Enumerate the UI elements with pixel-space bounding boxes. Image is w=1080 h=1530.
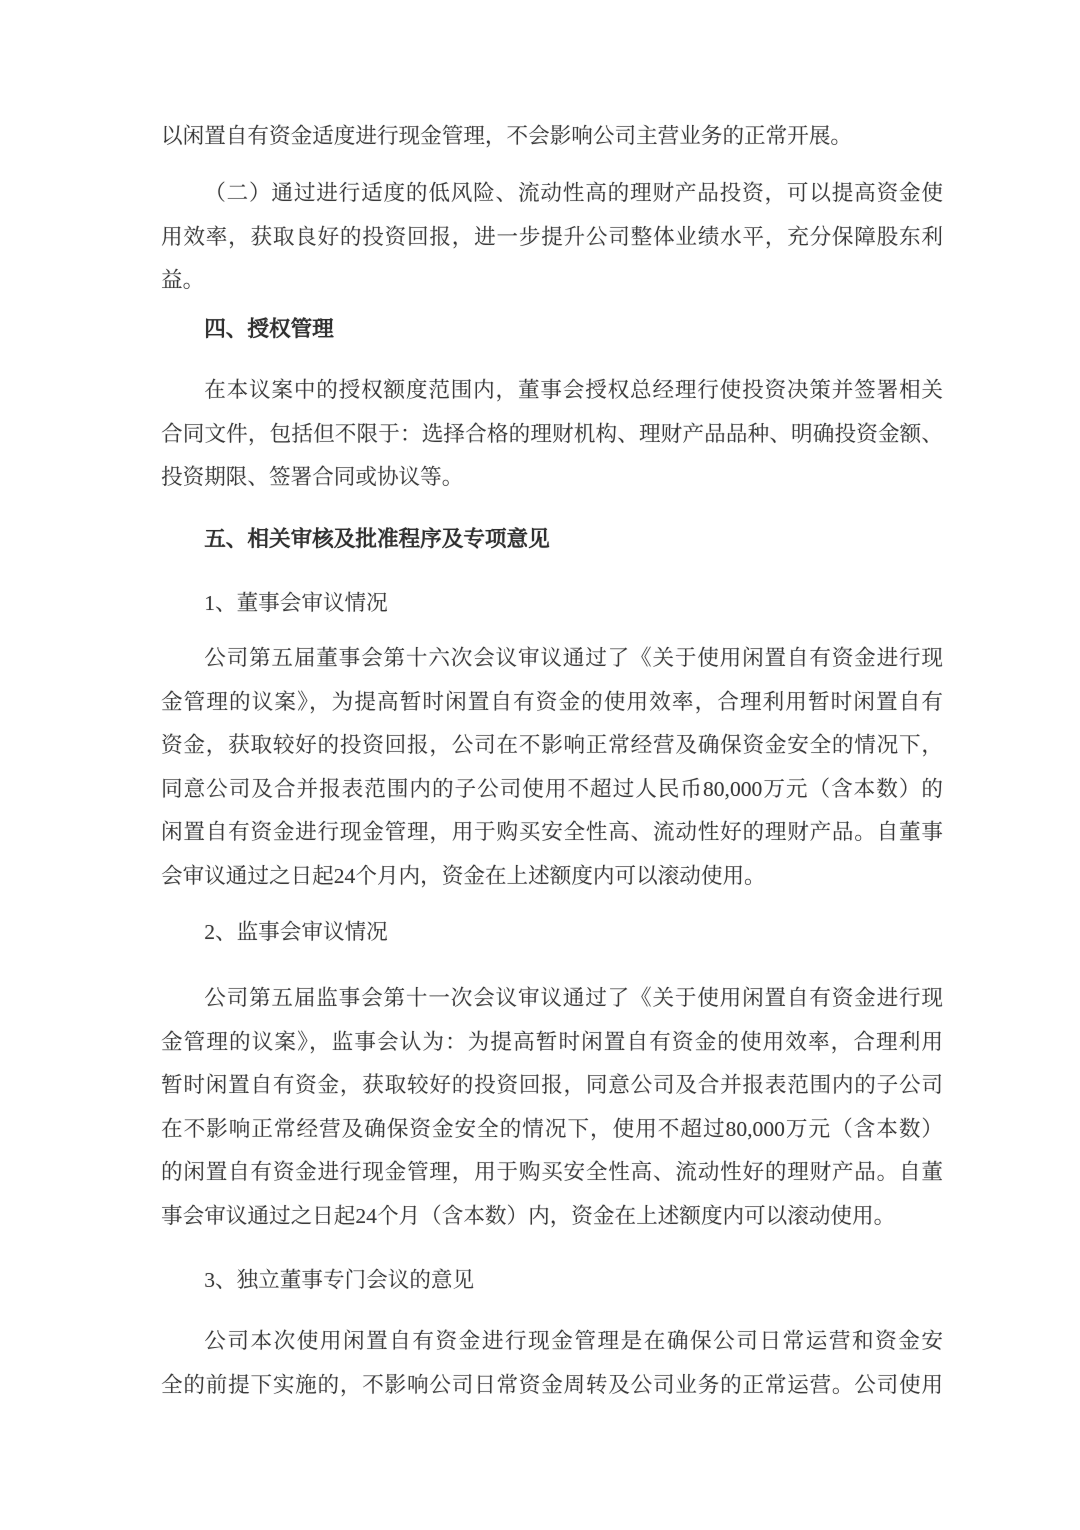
paragraph-board-review: 公司第五届董事会第十六次会议审议通过了《关于使用闲置自有资金进行现金管理的议案》… [161,637,943,898]
paragraph-item-2: （二）通过进行适度的低风险、流动性高的理财产品投资，可以提高资金使用效率，获取良… [161,172,943,303]
subheading-1-board: 1、董事会审议情况 [161,582,943,626]
text-line: 四、授权管理 [161,308,943,352]
text-line: 会审议通过之日起24个月内，资金在上述额度内可以滚动使用。 [161,855,943,899]
paragraph-supervisory-review: 公司第五届监事会第十一次会议审议通过了《关于使用闲置自有资金进行现金管理的议案》… [161,977,943,1238]
text-line: 公司本次使用闲置自有资金进行现金管理是在确保公司日常运营和资金安 [161,1320,943,1364]
paragraph-independent-opinion: 公司本次使用闲置自有资金进行现金管理是在确保公司日常运营和资金安全的前提下实施的… [161,1320,943,1407]
heading-section-5: 五、相关审核及批准程序及专项意见 [161,518,943,562]
document-page: 以闲置自有资金适度进行现金管理，不会影响公司主营业务的正常开展。（二）通过进行适… [0,0,1080,1530]
text-line: 暂时闲置自有资金，获取较好的投资回报，同意公司及合并报表范围内的子公司 [161,1064,943,1108]
text-line: （二）通过进行适度的低风险、流动性高的理财产品投资，可以提高资金使 [161,172,943,216]
text-line: 在不影响正常经营及确保资金安全的情况下，使用不超过80,000万元（含本数） [161,1108,943,1152]
subheading-3-independent-directors: 3、独立董事专门会议的意见 [161,1259,943,1303]
text-line: 2、监事会审议情况 [161,911,943,955]
text-line: 投资期限、签署合同或协议等。 [161,456,943,500]
text-line: 资金，获取较好的投资回报，公司在不影响正常经营及确保资金安全的情况下， [161,724,943,768]
text-line: 金管理的议案》，为提高暂时闲置自有资金的使用效率，合理利用暂时闲置自有 [161,681,943,725]
text-line: 益。 [161,259,943,303]
text-line: 的闲置自有资金进行现金管理，用于购买安全性高、流动性好的理财产品。自董 [161,1151,943,1195]
paragraph-continuation: 以闲置自有资金适度进行现金管理，不会影响公司主营业务的正常开展。 [161,115,943,159]
text-line: 合同文件，包括但不限于：选择合格的理财机构、理财产品品种、明确投资金额、 [161,413,943,457]
text-line: 用效率，获取良好的投资回报，进一步提升公司整体业绩水平，充分保障股东利 [161,216,943,260]
text-line: 在本议案中的授权额度范围内，董事会授权总经理行使投资决策并签署相关 [161,369,943,413]
text-line: 3、独立董事专门会议的意见 [161,1259,943,1303]
text-line: 公司第五届监事会第十一次会议审议通过了《关于使用闲置自有资金进行现 [161,977,943,1021]
text-line: 全的前提下实施的，不影响公司日常资金周转及公司业务的正常运营。公司使用 [161,1364,943,1408]
text-line: 以闲置自有资金适度进行现金管理，不会影响公司主营业务的正常开展。 [161,115,943,159]
text-line: 1、董事会审议情况 [161,582,943,626]
subheading-2-supervisory: 2、监事会审议情况 [161,911,943,955]
text-line: 五、相关审核及批准程序及专项意见 [161,518,943,562]
text-line: 事会审议通过之日起24个月（含本数）内，资金在上述额度内可以滚动使用。 [161,1195,943,1239]
heading-section-4: 四、授权管理 [161,308,943,352]
text-line: 金管理的议案》，监事会认为：为提高暂时闲置自有资金的使用效率，合理利用 [161,1021,943,1065]
text-line: 公司第五届董事会第十六次会议审议通过了《关于使用闲置自有资金进行现 [161,637,943,681]
text-line: 闲置自有资金进行现金管理，用于购买安全性高、流动性好的理财产品。自董事 [161,811,943,855]
paragraph-authorization: 在本议案中的授权额度范围内，董事会授权总经理行使投资决策并签署相关合同文件，包括… [161,369,943,500]
text-line: 同意公司及合并报表范围内的子公司使用不超过人民币80,000万元（含本数）的 [161,768,943,812]
